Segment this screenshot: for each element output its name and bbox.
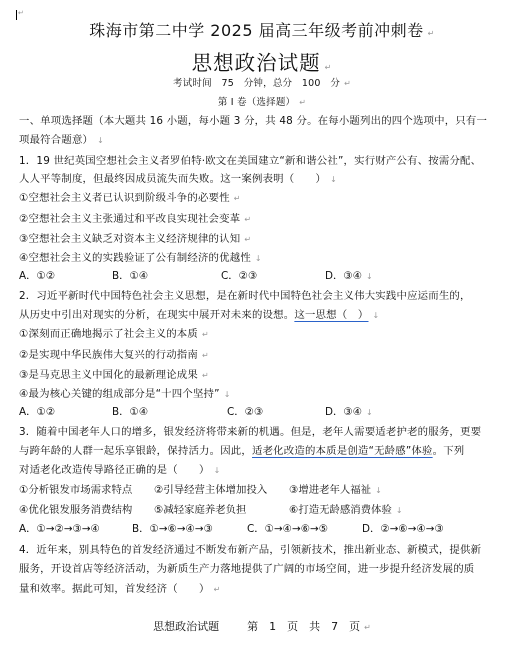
q3-option-a[interactable]: A．①→②→③→④ [19,520,100,535]
q3-stem-line1: 3．随着中国老年人口的增多，银发经济将带来新的机遇。但是，老年人需要适老护老的服… [19,423,481,438]
q2-option-b[interactable]: B．①④ [112,403,148,418]
q2-statement-3: ③是马克思主义中国化的最新理论成果↵ [19,366,209,381]
section-instruction-cont: 项最符合题意）↓ [19,131,104,146]
volume-label: 第 I 卷（选择题）↵ [0,94,524,108]
q2-option-d[interactable]: D．③④↓ [325,403,373,418]
q1-statement-1: ①空想社会主义者已认识到阶级斗争的必要性↵ [19,189,241,204]
exam-info: 考试时间 75 分钟，总分 100 分↵ [0,75,524,89]
q1-stem-line1: 1．19 世纪英国空想社会主义者罗伯特·欧文在美国建立“新和谐公社”，实行财产公… [19,152,481,167]
q3-option-b[interactable]: B．①→⑥→④→③ [132,520,213,535]
section-instruction: 一、单项选择题（本大题共 16 小题，每小题 3 分，共 48 分。在每小题列出… [19,112,487,127]
q2-stem-line1: 2．习近平新时代中国特色社会主义思想，是在新时代中国特色社会主义伟大实践中应运而… [19,287,471,302]
q3-statement-4: ④优化银发服务消费结构 [19,501,132,516]
q4-stem-line3: 量和效率。据此可知，首发经济（ ）↵ [19,580,221,595]
q3-statement-2: ②引导经营主体增加投入 [154,481,267,496]
footer-subject: 思想政治试题 [153,620,219,633]
q2-underlined-text: 这一思想（ ） [294,309,368,321]
q2-statement-1: ①深刻而正确地揭示了社会主义的本质↵ [19,325,209,340]
q1-stem-line2: 人人平等制度，但最终因成员流失而失败。这一案例表明（ ）↓ [19,170,337,185]
q2-statement-2: ②是实现中华民族伟大复兴的行动指南↵ [19,346,209,361]
q1-statement-2: ②空想社会主义主张通过和平改良实现社会变革↵ [19,210,251,225]
q2-option-c[interactable]: C．②③ [227,403,263,418]
q4-stem-line2: 服务，开设首店等经济活动，为新质生产力落地提供了广阔的市场空间，进一步提升经济发… [19,560,474,575]
q3-statement-6: ⑥打造无龄感消费体验↓ [289,501,403,516]
q1-statement-4: ④空想社会主义的实践验证了公有制经济的优越性↓ [19,249,262,264]
q2-stem-line2: 从历史中引出对现实的分析，在现实中展开对未来的设想。这一思想（ ）↓ [19,306,379,321]
q1-option-a[interactable]: A．①② [19,267,55,282]
q3-option-c[interactable]: C．①→④→⑥→⑤ [247,520,328,535]
q2-statement-4: ④最为核心关键的组成部分是“十四个坚持”↓ [19,385,231,400]
subject-title: 思想政治试题↵ [0,46,524,76]
q3-stem-line2: 与跨年龄的人群一起乐享银龄，保持活力。因此，适老化改造的本质是创造“无龄感”体验… [19,442,464,457]
footer-page-info: 第 1 页 共 7 页 [247,620,360,633]
q1-option-c[interactable]: C．②③ [221,267,257,282]
school-title: 珠海市第二中学 2025 届高三年级考前冲刺卷↵ [0,18,524,41]
q3-statement-1: ①分析银发市场需求特点 [19,481,132,496]
q3-statement-5: ⑤减轻家庭养老负担 [154,501,246,516]
q3-stem-line3: 对适老化改造传导路径正确的是（ ）↓ [19,461,221,476]
q1-option-d[interactable]: D．③④↓ [325,267,373,282]
document-page: ↵ 珠海市第二中学 2025 届高三年级考前冲刺卷↵ 思想政治试题↵ 考试时间 … [0,0,524,664]
paragraph-mark: ↵ [18,9,24,17]
q1-statement-3: ③空想社会主义缺乏对资本主义经济规律的认知↵ [19,230,251,245]
page-footer: 思想政治试题第 1 页 共 7 页↵ [0,618,524,634]
q3-underlined-text: 适老化改造的本质是创造“无龄感”体验 [252,445,433,457]
q2-option-a[interactable]: A．①② [19,403,55,418]
q3-statement-3: ③增进老年人福祉↓ [289,481,382,496]
q3-option-d[interactable]: D．②→⑥→④→③ [362,520,444,535]
q1-option-b[interactable]: B．①④ [112,267,148,282]
q4-stem-line1: 4．近年来，别具特色的首发经济通过不断发布新产品，引领新技术，推出新业态、新模式… [19,541,481,556]
